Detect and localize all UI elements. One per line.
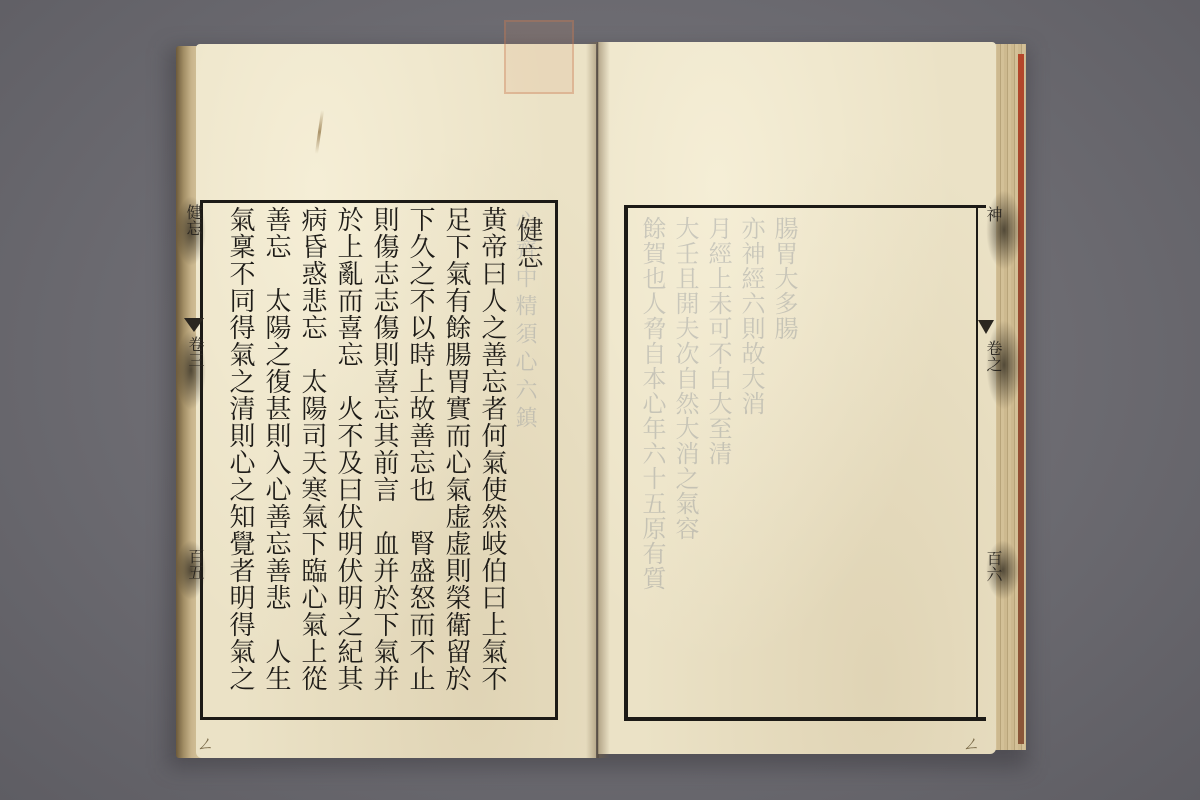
- page-number-right: ㄥ: [962, 730, 980, 756]
- section-title: 健忘: [510, 206, 546, 726]
- ghost-column: [933, 216, 966, 726]
- right-bleed-through-text: 腸胃大多腸 亦神經六則故大消 月經上未可不白大至清 大壬且開夫次自然大消之氣容 …: [636, 216, 966, 710]
- ghost-column: 亦神經六則故大消: [735, 216, 768, 726]
- ghost-column: 大壬且開夫次自然大消之氣容: [669, 216, 702, 726]
- spine-title-right: 神: [984, 206, 1002, 222]
- collection-seal: [504, 20, 574, 94]
- ghost-column: [801, 216, 834, 726]
- spine-folio-left: 百五: [186, 548, 204, 580]
- spine-folio-right: 百六: [984, 550, 1002, 582]
- ghost-column: [900, 216, 933, 726]
- ghost-column: 餘賀也人脅自本心年六十五原有質: [636, 216, 669, 726]
- text-column: 黄帝曰人之善忘者何氣使然岐伯曰上氣不: [474, 206, 510, 716]
- text-column: 則傷志志傷則喜忘其前言 血并於下氣并: [366, 206, 402, 716]
- spine-volume-left: 卷三: [186, 336, 204, 368]
- text-column: 下久之不以時上故善忘也 腎盛怒而不止: [402, 206, 438, 716]
- left-text-columns: 健忘 黄帝曰人之善忘者何氣使然岐伯曰上氣不 足下氣有餘腸胃實而心氣虚虚則榮衛留於…: [206, 206, 546, 716]
- text-column: 足下氣有餘腸胃實而心氣虚虚則榮衛留於: [438, 206, 474, 716]
- text-column: 氣稟不同得氣之清則心之知覺者明得氣之: [222, 206, 258, 716]
- spine-ink-smudge: [986, 190, 1022, 270]
- right-frame-inner-line: [976, 205, 978, 721]
- ghost-column: 腸胃大多腸: [768, 216, 801, 726]
- ghost-column: [867, 216, 900, 726]
- text-column: 善忘 太陽之復甚則入心善忘善悲 人生: [258, 206, 294, 716]
- spine-title-left: 健忘: [184, 204, 202, 236]
- ghost-column: [834, 216, 867, 726]
- ghost-column: 月經上未可不白大至清: [702, 216, 735, 726]
- book-gutter: [586, 42, 610, 758]
- text-column: 病昏惑悲忘 太陽司天寒氣下臨心氣上從: [294, 206, 330, 716]
- spine-volume-right: 卷之: [984, 340, 1002, 372]
- page-number-left: ㄥ: [196, 730, 214, 756]
- text-column: 於上亂而喜忘 火不及曰伏明伏明之紀其: [330, 206, 366, 716]
